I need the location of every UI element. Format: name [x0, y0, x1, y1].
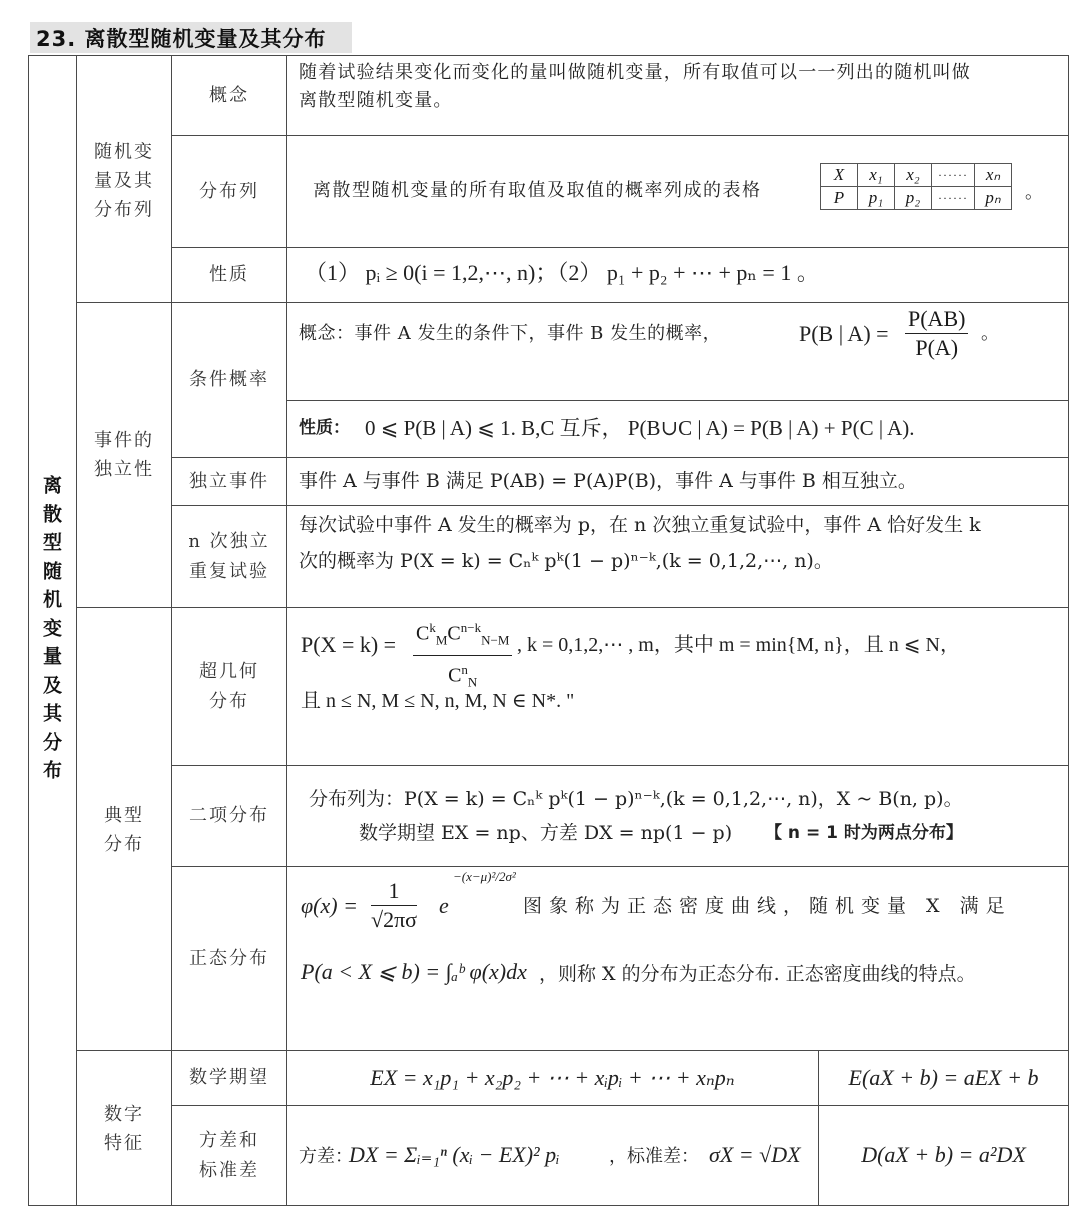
mini-table-row-x: X x₁ x₂ ······ xₙ — [821, 164, 1012, 187]
label-line: 事件的 — [77, 426, 171, 455]
row-hypergeometric-content: P(X = k) = CkMCn−kN−M CnN , k = 0,1,2,⋯ … — [286, 607, 1069, 766]
content-line: 分布列为：P(X = k) = Cₙᵏ pᵏ(1 − p)ⁿ⁻ᵏ,(k = 0,… — [309, 784, 963, 814]
row-independent-label: 独立事件 — [171, 457, 287, 506]
section-label: 事件的 独立性 — [77, 426, 171, 484]
mini-cell: p₂ — [895, 187, 932, 210]
row-label: 性质 — [172, 260, 286, 290]
fraction-denominator: √2πσ — [371, 906, 417, 934]
row-label: 超几何 分布 — [172, 657, 286, 717]
normal-text: 图象称为正态密度曲线，随机变量 X 满足 — [523, 891, 1012, 921]
root-category-label: 离散型随机变量及其分布 — [29, 471, 76, 785]
row-conditional-concept: 概念：事件 A 发生的条件下，事件 B 发生的概率， P(B | A) = P(… — [286, 302, 1069, 401]
row-variance-content: 方差： DX = Σᵢ₌₁ⁿ (xᵢ − EX)² pᵢ ，标准差： σX = … — [286, 1105, 819, 1206]
normal-text: ，则称 X 的分布为正态分布. 正态密度曲线的特点。 — [539, 959, 976, 989]
row-bernoulli-label: n 次独立 重复试验 — [171, 505, 287, 608]
mini-cell: ······ — [932, 164, 975, 187]
row-label: 正态分布 — [172, 944, 286, 974]
row-label: 数学期望 — [172, 1063, 286, 1093]
fraction-numerator: CkMCn−kN−M — [413, 614, 512, 656]
concept-text: 概念：事件 A 发生的条件下，事件 B 发生的概率， — [299, 319, 721, 349]
section-random-variable: 随机变 量及其 分布列 — [76, 55, 172, 303]
content-line: 每次试验中事件 A 发生的概率为 p，在 n 次独立重复试验中，事件 A 恰好发… — [299, 510, 981, 540]
hypergeometric-fraction: CkMCn−kN−M CnN — [413, 614, 512, 696]
section-numerical-characteristics: 数字 特征 — [76, 1050, 172, 1206]
label-line: 重复试验 — [172, 557, 286, 587]
property-formula: （1） pᵢ ≥ 0(i = 1,2,⋯, n)；（2） p₁ + p₂ + ⋯… — [305, 258, 819, 288]
mini-cell: pₙ — [975, 187, 1012, 210]
std-prefix: ，标准差： — [609, 1142, 699, 1172]
mini-cell: x₂ — [895, 164, 932, 187]
row-normal-label: 正态分布 — [171, 866, 287, 1051]
variance-linear-formula: D(aX + b) = a²DX — [819, 1140, 1068, 1170]
expectation-formula: EX = x₁p₁ + x₂p₂ + ⋯ + xᵢpᵢ + ⋯ + xₙpₙ — [287, 1063, 818, 1093]
content-suffix: 。 — [1025, 178, 1043, 208]
label-line: 分布 — [77, 830, 171, 859]
page-title: 23. 离散型随机变量及其分布 — [36, 23, 327, 53]
mini-table-row-p: P p₁ p₂ ······ pₙ — [821, 187, 1012, 210]
row-bernoulli-content: 每次试验中事件 A 发生的概率为 p，在 n 次独立重复试验中，事件 A 恰好发… — [286, 505, 1069, 608]
label-line: 随机变 — [77, 138, 171, 167]
section-label: 典型 分布 — [77, 801, 171, 859]
formula-lhs: P(X = k) = — [301, 630, 396, 660]
label-line: 标准差 — [172, 1156, 286, 1186]
fraction-numerator: P(AB) — [905, 305, 968, 334]
property-tag: 性质： — [299, 413, 350, 443]
variance-formula: DX = Σᵢ₌₁ⁿ (xᵢ − EX)² pᵢ — [349, 1140, 560, 1170]
label-line: 特征 — [77, 1129, 171, 1158]
row-label: n 次独立 重复试验 — [172, 527, 286, 587]
row-label: 概念 — [172, 81, 286, 111]
row-normal-content: φ(x) = 1 √2πσ e −(x−μ)²/2σ² 图象称为正态密度曲线，随… — [286, 866, 1069, 1051]
root-category-text: 离散型随机变量及其分布 — [43, 474, 62, 781]
formula-rest: , k = 0,1,2,⋯ , m，其中 m = min{M, n}，且 n ⩽… — [517, 630, 960, 660]
property-formula: 0 ⩽ P(B | A) ⩽ 1. B,C 互斥， P(B∪C | A) = P… — [365, 413, 915, 443]
label-line: 方差和 — [172, 1126, 286, 1156]
row-conditional-label: 条件概率 — [171, 302, 287, 458]
row-variance-label: 方差和 标准差 — [171, 1105, 287, 1206]
row-binomial-content: 分布列为：P(X = k) = Cₙᵏ pᵏ(1 − p)ⁿ⁻ᵏ,(k = 0,… — [286, 765, 1069, 867]
std-formula: σX = √DX — [709, 1140, 801, 1170]
exp-exponent: −(x−μ)²/2σ² — [453, 869, 516, 885]
concept-suffix: 。 — [981, 319, 999, 349]
row-label: 二项分布 — [172, 801, 286, 831]
row-variance-aside: D(aX + b) = a²DX — [818, 1105, 1069, 1206]
normal-integral: P(a < X ⩽ b) = ∫ₐᵇ φ(x)dx — [301, 957, 527, 987]
row-distribution-content: 离散型随机变量的所有取值及取值的概率列成的表格 X x₁ x₂ ······ x… — [286, 135, 1069, 248]
label-line: n 次独立 — [172, 527, 286, 557]
section-typical-distributions: 典型 分布 — [76, 607, 172, 1051]
mini-cell: X — [821, 164, 858, 187]
label-line: 量及其 — [77, 167, 171, 196]
row-expectation-label: 数学期望 — [171, 1050, 287, 1106]
row-label: 方差和 标准差 — [172, 1126, 286, 1186]
binomial-note: 【 n = 1 时为两点分布】 — [765, 818, 963, 848]
content-line: 数学期望 EX = np、方差 DX = np(1 − p) — [359, 818, 732, 848]
section-label: 随机变 量及其 分布列 — [77, 138, 171, 225]
exp-base: e — [439, 891, 449, 921]
expectation-linear-formula: E(aX + b) = aEX + b — [819, 1063, 1068, 1093]
label-line: 典型 — [77, 801, 171, 830]
fraction-denominator: P(A) — [905, 334, 968, 362]
concept-formula-lhs: P(B | A) = — [799, 319, 889, 349]
label-line: 独立性 — [77, 455, 171, 484]
row-concept-label: 概念 — [171, 55, 287, 136]
phi-fraction: 1 √2πσ — [371, 877, 417, 934]
label-line: 分布列 — [77, 196, 171, 225]
mini-cell: P — [821, 187, 858, 210]
fraction-numerator: 1 — [371, 877, 417, 906]
row-label: 分布列 — [172, 177, 286, 207]
content-line: 次的概率为 P(X = k) = Cₙᵏ pᵏ(1 − p)ⁿ⁻ᵏ,(k = 0… — [299, 546, 833, 576]
content-text: 事件 A 与事件 B 满足 P(AB) = P(A)P(B)，事件 A 与事件 … — [299, 466, 917, 496]
row-binomial-label: 二项分布 — [171, 765, 287, 867]
content-line: 离散型随机变量。 — [299, 86, 453, 116]
row-independent-content: 事件 A 与事件 B 满足 P(AB) = P(A)P(B)，事件 A 与事件 … — [286, 457, 1069, 506]
content-text: 离散型随机变量的所有取值及取值的概率列成的表格 — [313, 176, 762, 206]
mini-cell: ······ — [932, 187, 975, 210]
row-distribution-label: 分布列 — [171, 135, 287, 248]
row-label: 条件概率 — [172, 365, 286, 395]
variance-prefix: 方差： — [299, 1142, 353, 1172]
concept-fraction: P(AB) P(A) — [905, 305, 968, 362]
section-independence: 事件的 独立性 — [76, 302, 172, 608]
label-line: 数字 — [77, 1100, 171, 1129]
row-expectation-content: EX = x₁p₁ + x₂p₂ + ⋯ + xᵢpᵢ + ⋯ + xₙpₙ — [286, 1050, 819, 1106]
content-line: 随着试验结果变化而变化的量叫做随机变量，所有取值可以一一列出的随机叫做 — [299, 58, 971, 88]
root-category-cell: 离散型随机变量及其分布 — [28, 55, 77, 1206]
formula-line2: 且 n ≤ N, M ≤ N, n, M, N ∈ N*. " — [301, 686, 574, 716]
label-line: 分布 — [172, 687, 286, 717]
mini-cell: x₁ — [858, 164, 895, 187]
section-label: 数字 特征 — [77, 1100, 171, 1158]
row-property-content: （1） pᵢ ≥ 0(i = 1,2,⋯, n)；（2） p₁ + p₂ + ⋯… — [286, 247, 1069, 303]
distribution-mini-table: X x₁ x₂ ······ xₙ P p₁ p₂ ······ pₙ — [820, 163, 1012, 210]
row-expectation-aside: E(aX + b) = aEX + b — [818, 1050, 1069, 1106]
row-conditional-property: 性质： 0 ⩽ P(B | A) ⩽ 1. B,C 互斥， P(B∪C | A)… — [286, 400, 1069, 458]
mini-cell: xₙ — [975, 164, 1012, 187]
row-label: 独立事件 — [172, 467, 286, 497]
row-hypergeometric-label: 超几何 分布 — [171, 607, 287, 766]
mini-cell: p₁ — [858, 187, 895, 210]
row-property-label: 性质 — [171, 247, 287, 303]
row-concept-content: 随着试验结果变化而变化的量叫做随机变量，所有取值可以一一列出的随机叫做 离散型随… — [286, 55, 1069, 136]
label-line: 超几何 — [172, 657, 286, 687]
phi-lhs: φ(x) = — [301, 891, 358, 921]
